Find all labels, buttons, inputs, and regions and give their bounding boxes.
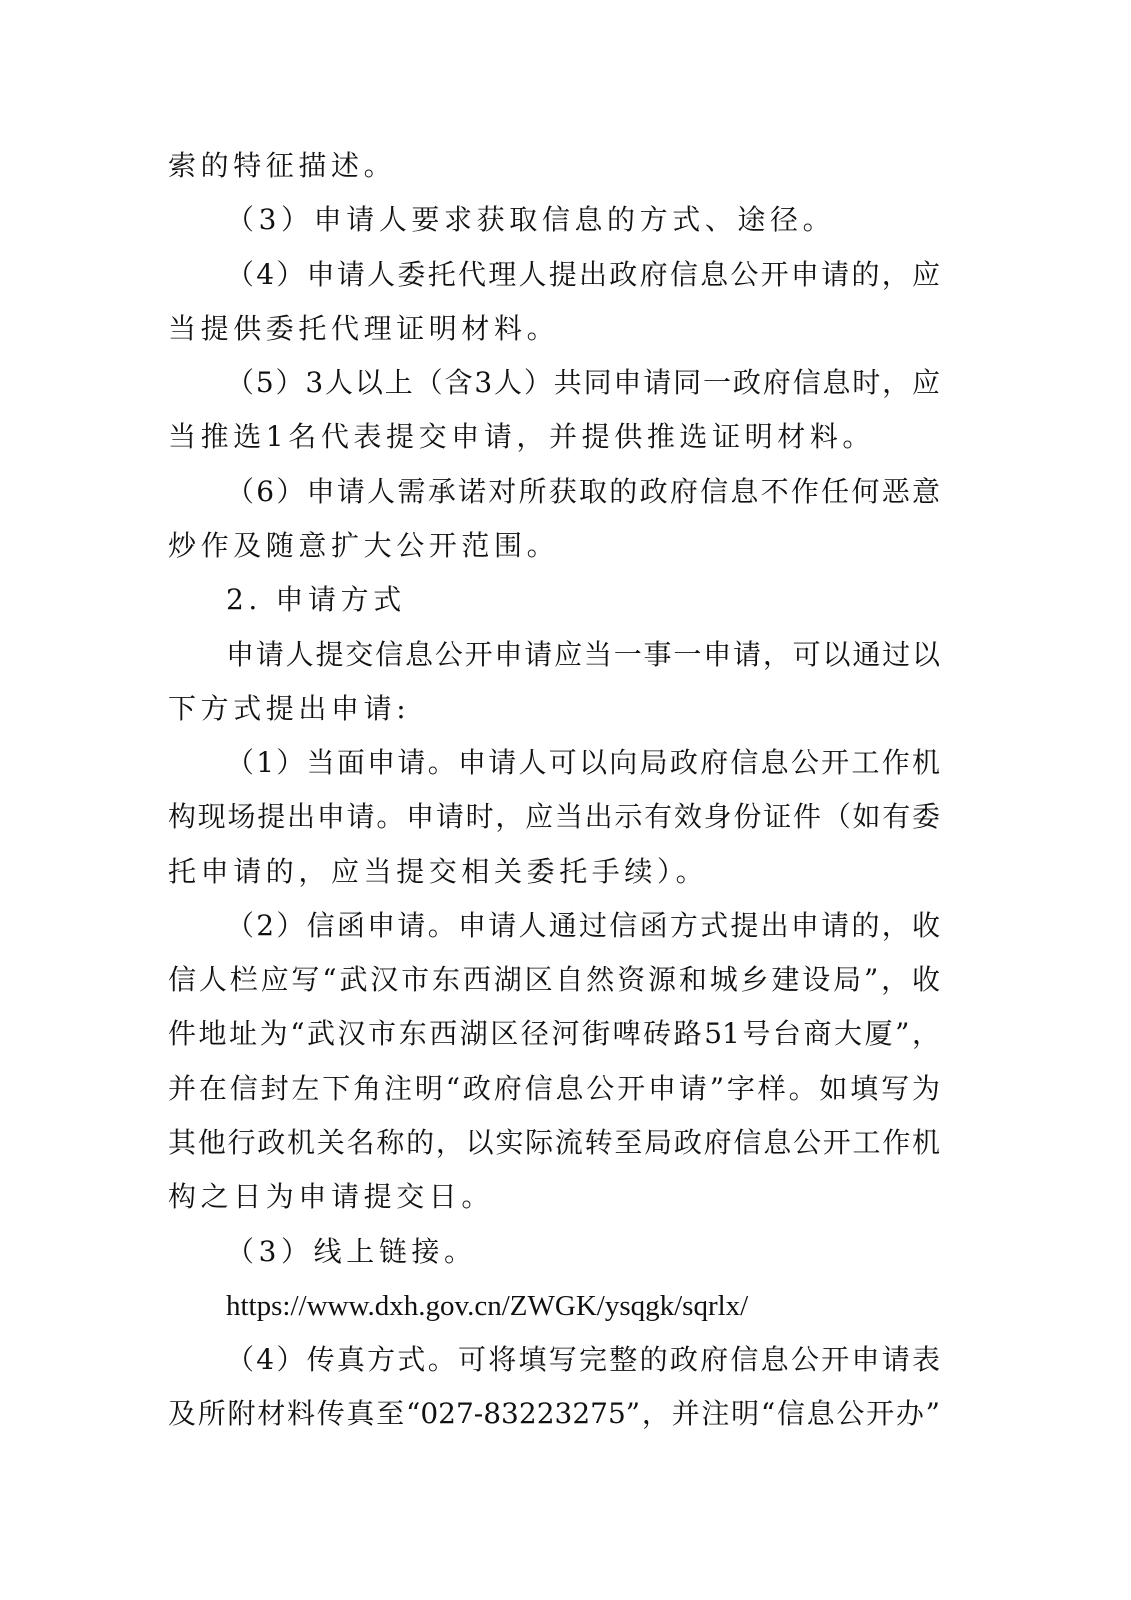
- text-line: （6）申请人需承诺对所获取的政府信息不作任何恶意: [226, 472, 940, 512]
- text-line: 下方式提出申请:: [168, 689, 940, 729]
- text-line: （3）申请人要求获取信息的方式、途径。: [226, 200, 940, 240]
- text-line: 其他行政机关名称的，以实际流转至局政府信息公开工作机: [168, 1123, 940, 1163]
- text-line: 构现场提出申请。申请时，应当出示有效身份证件（如有委: [168, 797, 940, 837]
- text-line: （1）当面申请。申请人可以向局政府信息公开工作机: [226, 743, 940, 783]
- text-line: 托申请的，应当提交相关委托手续）。: [168, 852, 940, 892]
- section-heading: 2. 申请方式: [226, 580, 940, 620]
- application-url-link[interactable]: https://www.dxh.gov.cn/ZWGK/ysqgk/sqrlx/: [226, 1286, 940, 1326]
- text-line: 构之日为申请提交日。: [168, 1177, 940, 1217]
- text-line: 当推选1名代表提交申请，并提供推选证明材料。: [168, 417, 940, 457]
- text-line: （4）传真方式。可将填写完整的政府信息公开申请表: [226, 1340, 940, 1380]
- text-line: （5）3人以上（含3人）共同申请同一政府信息时，应: [226, 363, 940, 403]
- text-line: 并在信封左下角注明“政府信息公开申请”字样。如填写为: [168, 1069, 940, 1109]
- text-line: （3）线上链接。: [226, 1232, 940, 1272]
- text-line: （4）申请人委托代理人提出政府信息公开申请的，应: [226, 255, 940, 295]
- text-line: 炒作及随意扩大公开范围。: [168, 526, 940, 566]
- text-line: 信人栏应写“武汉市东西湖区自然资源和城乡建设局”，收: [168, 960, 940, 1000]
- text-line: 件地址为“武汉市东西湖区径河街啤砖路51号台商大厦”，: [168, 1014, 940, 1054]
- text-line: （2）信函申请。申请人通过信函方式提出申请的，收: [226, 906, 940, 946]
- text-line: 及所附材料传真至“027-83223275”，并注明“信息公开办”: [168, 1394, 940, 1434]
- text-line: 当提供委托代理证明材料。: [168, 309, 940, 349]
- text-line: 索的特征描述。: [168, 146, 940, 186]
- document-page: 索的特征描述。 （3）申请人要求获取信息的方式、途径。 （4）申请人委托代理人提…: [0, 0, 1131, 1600]
- text-line: 申请人提交信息公开申请应当一事一申请，可以通过以: [226, 635, 940, 675]
